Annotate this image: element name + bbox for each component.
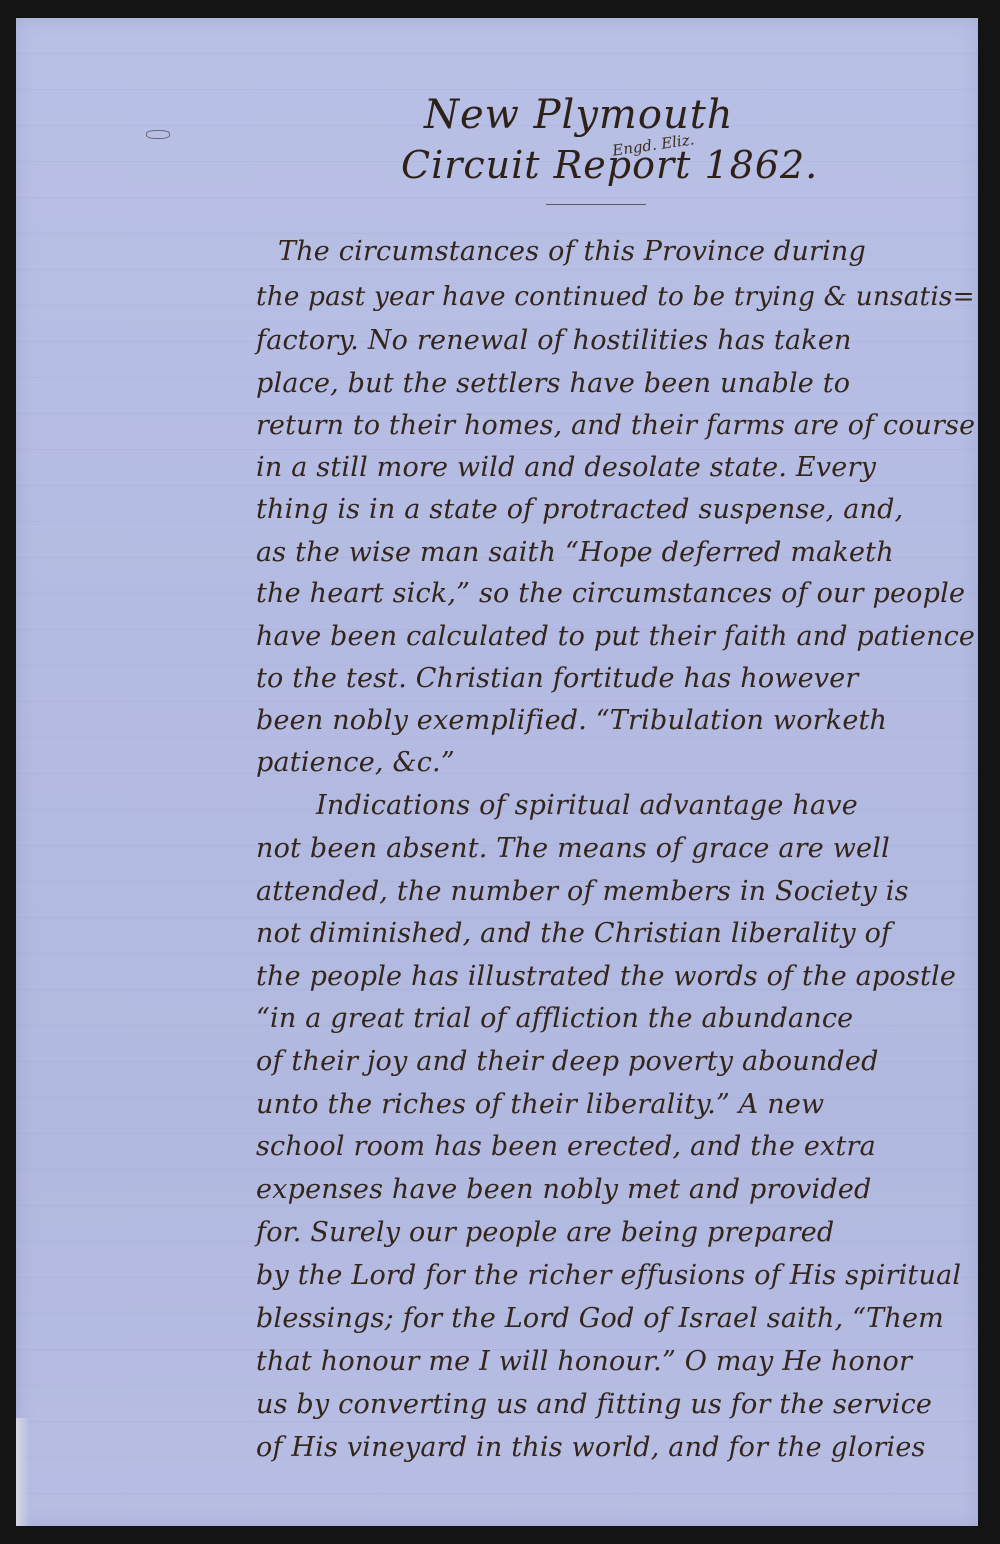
text-line: by the Lord for the richer effusions of …	[256, 1260, 961, 1291]
text-line: Indications of spiritual advantage have	[316, 790, 858, 821]
text-line: of His vineyard in this world, and for t…	[256, 1432, 926, 1463]
text-line: been nobly exemplified. “Tribulation wor…	[256, 705, 887, 736]
text-line: place, but the settlers have been unable…	[256, 368, 850, 399]
text-line: The circumstances of this Province durin…	[278, 236, 866, 267]
text-line: not diminished, and the Christian libera…	[256, 918, 891, 949]
text-line: us by converting us and fitting us for t…	[256, 1389, 932, 1420]
text-line: have been calculated to put their faith …	[256, 621, 975, 652]
text-line: unto the riches of their liberality.” A …	[256, 1089, 824, 1120]
text-line: attended, the number of members in Socie…	[256, 876, 909, 907]
text-line: the past year have continued to be tryin…	[256, 282, 975, 312]
paper-edge-highlight	[16, 1418, 30, 1526]
text-line: “in a great trial of affliction the abun…	[256, 1003, 853, 1034]
text-line: to the test. Christian fortitude has how…	[256, 663, 859, 694]
text-line: blessings; for the Lord God of Israel sa…	[256, 1303, 944, 1334]
text-line: the people has illustrated the words of …	[256, 961, 956, 992]
text-line: factory. No renewal of hostilities has t…	[256, 325, 852, 356]
text-line: return to their homes, and their farms a…	[256, 410, 975, 441]
text-line: as the wise man saith “Hope deferred mak…	[256, 537, 894, 568]
text-line: school room has been erected, and the ex…	[256, 1131, 876, 1162]
text-line: that honour me I will honour.” O may He …	[256, 1346, 912, 1377]
text-line: patience, &c.”	[256, 747, 455, 778]
text-line: the heart sick,” so the circumstances of…	[256, 578, 965, 609]
text-line: of their joy and their deep poverty abou…	[256, 1046, 879, 1077]
margin-ink-mark	[146, 130, 170, 139]
text-line: expenses have been nobly met and provide…	[256, 1174, 872, 1205]
text-line: for. Surely our people are being prepare…	[256, 1217, 834, 1248]
title-report-year: Circuit Report 1862.	[401, 143, 818, 187]
text-line: not been absent. The means of grace are …	[256, 833, 890, 864]
title-underline	[546, 204, 646, 205]
manuscript-page: New Plymouth Circuit Report 1862. Engd. …	[16, 18, 978, 1526]
text-line: in a still more wild and desolate state.…	[256, 452, 876, 483]
text-line: thing is in a state of protracted suspen…	[256, 494, 903, 525]
